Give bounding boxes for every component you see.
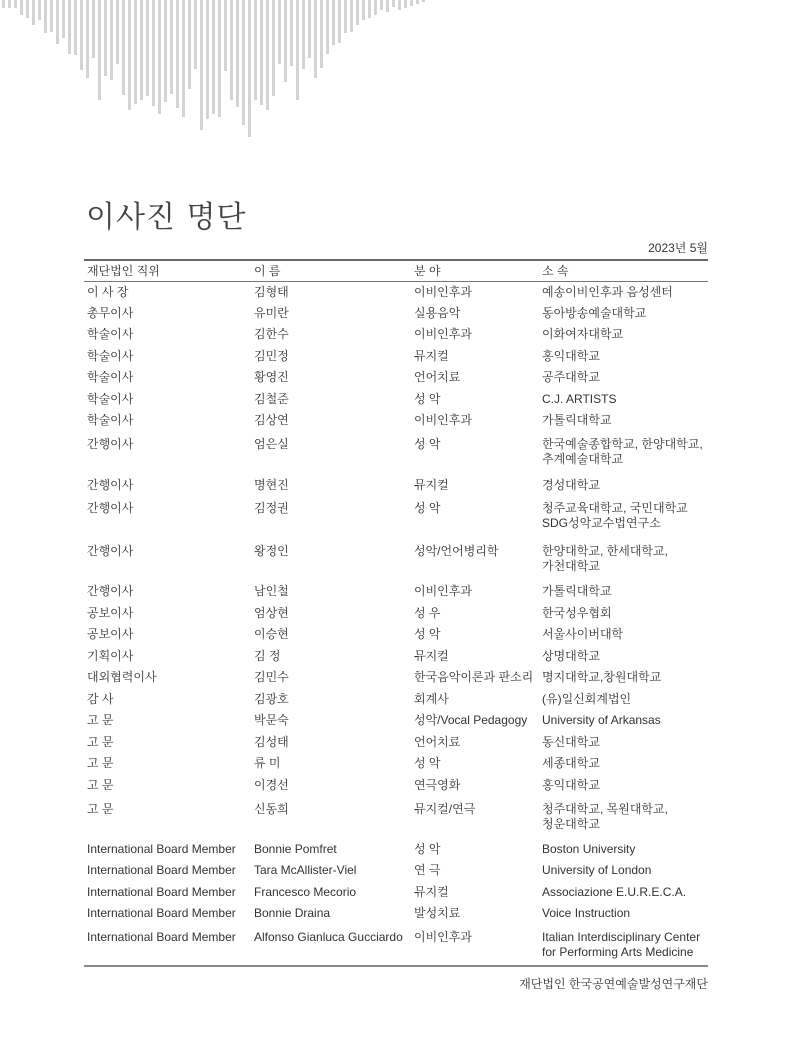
soundwave-bar bbox=[14, 0, 17, 8]
soundwave-bar bbox=[86, 0, 89, 78]
header-position: 재단법인 직위 bbox=[84, 264, 254, 279]
cell-field: 발성치료 bbox=[414, 906, 542, 927]
soundwave-bar bbox=[38, 0, 41, 20]
cell-position: 공보이사 bbox=[84, 606, 254, 624]
table-row: 고 문류 미성 악세종대학교 bbox=[84, 753, 708, 775]
soundwave-bar bbox=[26, 0, 29, 18]
cell-position: 감 사 bbox=[84, 692, 254, 710]
soundwave-bar bbox=[176, 0, 179, 108]
cell-name: 박문숙 bbox=[254, 713, 414, 732]
cell-position: 고 문 bbox=[84, 713, 254, 732]
soundwave-bar bbox=[290, 0, 293, 66]
table-row: 학술이사황영진언어치료공주대학교 bbox=[84, 367, 708, 389]
soundwave-bar bbox=[272, 0, 275, 96]
table-row: 공보이사이승현성 악서울사이버대학 bbox=[84, 624, 708, 646]
table-row: International Board MemberFrancesco Meco… bbox=[84, 882, 708, 903]
soundwave-bar bbox=[56, 0, 59, 44]
soundwave-bar bbox=[410, 0, 413, 6]
cell-position: 고 문 bbox=[84, 802, 254, 839]
table-row: 학술이사김상연이비인후과가톨릭대학교 bbox=[84, 410, 708, 434]
cell-affiliation: University of London bbox=[542, 863, 708, 882]
date-label: 2023년 5월 bbox=[648, 239, 708, 256]
cell-field: 뮤지컬 bbox=[414, 885, 542, 903]
cell-field: 언어치료 bbox=[414, 370, 542, 389]
cell-affiliation: University of Arkansas bbox=[542, 713, 708, 732]
soundwave-bar bbox=[98, 0, 101, 100]
cell-name: 왕정인 bbox=[254, 544, 414, 581]
cell-field: 이비인후과 bbox=[414, 327, 542, 346]
soundwave-bar bbox=[158, 0, 161, 114]
cell-affiliation: 상명대학교 bbox=[542, 649, 708, 667]
soundwave-bar bbox=[284, 0, 287, 82]
table-row: 대외협력이사김민수한국음악이론과 판소리명지대학교,창원대학교 bbox=[84, 667, 708, 689]
table-row: International Board MemberTara McAlliste… bbox=[84, 860, 708, 882]
board-members-table: 재단법인 직위 이 름 분 야 소 속 이 사 장김형태이비인후과예송이비인후과… bbox=[84, 259, 708, 967]
soundwave-bar bbox=[314, 0, 317, 78]
cell-position: 간행이사 bbox=[84, 437, 254, 475]
soundwave-bar bbox=[368, 0, 371, 18]
cell-affiliation: 세종대학교 bbox=[542, 756, 708, 775]
cell-affiliation: Boston University bbox=[542, 842, 708, 860]
soundwave-bar bbox=[422, 0, 425, 2]
cell-field: 연극영화 bbox=[414, 778, 542, 799]
cell-name: 이경선 bbox=[254, 778, 414, 799]
table-row: International Board MemberAlfonso Gianlu… bbox=[84, 927, 708, 961]
table-row: 간행이사남인철이비인후과가톨릭대학교 bbox=[84, 581, 708, 603]
soundwave-bar bbox=[224, 0, 227, 71]
cell-name: 김민수 bbox=[254, 670, 414, 689]
soundwave-bar bbox=[200, 0, 203, 130]
soundwave-bar bbox=[242, 0, 245, 125]
cell-position: 학술이사 bbox=[84, 413, 254, 434]
cell-affiliation: 경성대학교 bbox=[542, 478, 708, 498]
soundwave-bar bbox=[128, 0, 131, 110]
soundwave-bar bbox=[326, 0, 329, 54]
cell-position: International Board Member bbox=[84, 930, 254, 961]
soundwave-bar bbox=[152, 0, 155, 106]
cell-name: 황영진 bbox=[254, 370, 414, 389]
soundwave-bar bbox=[302, 0, 305, 69]
soundwave-bar bbox=[44, 0, 47, 33]
cell-position: 공보이사 bbox=[84, 627, 254, 646]
soundwave-bar bbox=[146, 0, 149, 96]
soundwave-bar bbox=[320, 0, 323, 68]
cell-name: 김정권 bbox=[254, 501, 414, 541]
cell-position: 간행이사 bbox=[84, 544, 254, 581]
table-row: International Board MemberBonnie Pomfret… bbox=[84, 839, 708, 860]
table-row: 간행이사명현진뮤지컬경성대학교 bbox=[84, 475, 708, 498]
cell-name: 엄상현 bbox=[254, 606, 414, 624]
cell-field: 실용음악 bbox=[414, 306, 542, 324]
soundwave-bar bbox=[278, 0, 281, 64]
cell-field: 뮤지컬/연극 bbox=[414, 802, 542, 839]
cell-name: Alfonso Gianluca Gucciardo bbox=[254, 930, 414, 961]
soundwave-bar bbox=[374, 0, 377, 15]
soundwave-bar bbox=[392, 0, 395, 7]
cell-name: 김한수 bbox=[254, 327, 414, 346]
soundwave-bar bbox=[416, 0, 419, 4]
cell-position: 이 사 장 bbox=[84, 285, 254, 303]
cell-field: 성 우 bbox=[414, 606, 542, 624]
table-row: 공보이사엄상현성 우한국성우협회 bbox=[84, 603, 708, 624]
soundwave-bar bbox=[140, 0, 143, 100]
table-row: International Board MemberBonnie Draina발… bbox=[84, 903, 708, 927]
cell-position: International Board Member bbox=[84, 863, 254, 882]
cell-position: 학술이사 bbox=[84, 370, 254, 389]
cell-field: 언어치료 bbox=[414, 735, 542, 753]
table-row: 총무이사유미란실용음악동아방송예술대학교 bbox=[84, 303, 708, 324]
table-row: 고 문김성태언어치료동신대학교 bbox=[84, 732, 708, 753]
cell-affiliation: 한국예술종합학교, 한양대학교, 추계예술대학교 bbox=[542, 437, 708, 475]
cell-position: 고 문 bbox=[84, 756, 254, 775]
soundwave-bar bbox=[338, 0, 341, 43]
cell-affiliation: 동신대학교 bbox=[542, 735, 708, 753]
soundwave-bar bbox=[266, 0, 269, 110]
cell-name: 류 미 bbox=[254, 756, 414, 775]
cell-field: 이비인후과 bbox=[414, 413, 542, 434]
decorative-soundwave-bars bbox=[0, 0, 450, 145]
cell-field: 이비인후과 bbox=[414, 584, 542, 603]
soundwave-bar bbox=[104, 0, 107, 76]
soundwave-bar bbox=[218, 0, 221, 117]
soundwave-bar bbox=[380, 0, 383, 10]
table-row: 간행이사왕정인성악/언어병리학한양대학교, 한세대학교, 가천대학교 bbox=[84, 541, 708, 581]
cell-affiliation: 서울사이버대학 bbox=[542, 627, 708, 646]
cell-affiliation: C.J. ARTISTS bbox=[542, 392, 708, 410]
soundwave-bar bbox=[350, 0, 353, 32]
cell-field: 연 극 bbox=[414, 863, 542, 882]
cell-name: 이승현 bbox=[254, 627, 414, 646]
soundwave-bar bbox=[260, 0, 263, 105]
soundwave-bar bbox=[404, 0, 407, 8]
soundwave-bar bbox=[296, 0, 299, 100]
cell-field: 뮤지컬 bbox=[414, 649, 542, 667]
cell-name: 김철준 bbox=[254, 392, 414, 410]
soundwave-bar bbox=[194, 0, 197, 69]
cell-name: Bonnie Draina bbox=[254, 906, 414, 927]
cell-name: 김성태 bbox=[254, 735, 414, 753]
soundwave-bar bbox=[50, 0, 53, 32]
soundwave-bar bbox=[164, 0, 167, 102]
cell-name: 남인철 bbox=[254, 584, 414, 603]
table-row: 고 문박문숙성악/Vocal PedagogyUniversity of Ark… bbox=[84, 710, 708, 732]
soundwave-bar bbox=[32, 0, 35, 25]
cell-name: 김상연 bbox=[254, 413, 414, 434]
table-row: 기획이사김 정뮤지컬상명대학교 bbox=[84, 646, 708, 667]
cell-name: Tara McAllister-Viel bbox=[254, 863, 414, 882]
cell-affiliation: 청주대학교, 목원대학교, 청운대학교 bbox=[542, 802, 708, 839]
soundwave-bar bbox=[68, 0, 71, 54]
cell-name: 명현진 bbox=[254, 478, 414, 498]
cell-field: 한국음악이론과 판소리 bbox=[414, 670, 542, 689]
soundwave-bar bbox=[236, 0, 239, 107]
bottom-rule-divider bbox=[84, 965, 708, 967]
cell-name: Bonnie Pomfret bbox=[254, 842, 414, 860]
header-field: 분 야 bbox=[414, 264, 542, 279]
cell-position: 간행이사 bbox=[84, 478, 254, 498]
soundwave-bar bbox=[134, 0, 137, 104]
soundwave-bar bbox=[182, 0, 185, 117]
cell-name: 김광호 bbox=[254, 692, 414, 710]
cell-affiliation: 동아방송예술대학교 bbox=[542, 306, 708, 324]
soundwave-bar bbox=[254, 0, 257, 100]
soundwave-bar bbox=[74, 0, 77, 55]
cell-field: 성악/Vocal Pedagogy bbox=[414, 713, 542, 732]
cell-affiliation: 공주대학교 bbox=[542, 370, 708, 389]
soundwave-bar bbox=[398, 0, 401, 10]
soundwave-bar bbox=[110, 0, 113, 80]
table-row: 이 사 장김형태이비인후과예송이비인후과 음성센터 bbox=[84, 282, 708, 303]
cell-position: 총무이사 bbox=[84, 306, 254, 324]
cell-field: 이비인후과 bbox=[414, 930, 542, 961]
cell-position: 간행이사 bbox=[84, 584, 254, 603]
cell-position: International Board Member bbox=[84, 842, 254, 860]
cell-affiliation: 홍익대학교 bbox=[542, 349, 708, 367]
cell-name: 김 정 bbox=[254, 649, 414, 667]
cell-affiliation: Italian Interdisciplinary Center for Per… bbox=[542, 930, 708, 961]
cell-field: 뮤지컬 bbox=[414, 478, 542, 498]
soundwave-bar bbox=[212, 0, 215, 114]
soundwave-bar bbox=[8, 0, 11, 8]
table-row: 간행이사엄은실성 악한국예술종합학교, 한양대학교, 추계예술대학교 bbox=[84, 434, 708, 475]
soundwave-bar bbox=[122, 0, 125, 95]
table-header-row: 재단법인 직위 이 름 분 야 소 속 bbox=[84, 261, 708, 281]
cell-affiliation: 청주교육대학교, 국민대학교 SDG성악교수법연구소 bbox=[542, 501, 708, 541]
cell-affiliation: 명지대학교,창원대학교 bbox=[542, 670, 708, 689]
cell-field: 성 악 bbox=[414, 756, 542, 775]
table-row: 학술이사김철준성 악C.J. ARTISTS bbox=[84, 389, 708, 410]
soundwave-bar bbox=[344, 0, 347, 33]
cell-position: 학술이사 bbox=[84, 349, 254, 367]
soundwave-bar bbox=[308, 0, 311, 58]
soundwave-bar bbox=[386, 0, 389, 12]
table-row: 학술이사김민정뮤지컬홍익대학교 bbox=[84, 346, 708, 367]
cell-affiliation: (유)일신회계법인 bbox=[542, 692, 708, 710]
cell-field: 뮤지컬 bbox=[414, 349, 542, 367]
cell-affiliation: 예송이비인후과 음성센터 bbox=[542, 285, 708, 303]
cell-affiliation: 한양대학교, 한세대학교, 가천대학교 bbox=[542, 544, 708, 581]
cell-name: 신동희 bbox=[254, 802, 414, 839]
cell-field: 회계사 bbox=[414, 692, 542, 710]
cell-affiliation: 한국성우협회 bbox=[542, 606, 708, 624]
cell-position: 기획이사 bbox=[84, 649, 254, 667]
soundwave-bar bbox=[20, 0, 23, 15]
soundwave-bar bbox=[362, 0, 365, 20]
cell-position: International Board Member bbox=[84, 906, 254, 927]
soundwave-bar bbox=[2, 0, 5, 8]
soundwave-bar bbox=[188, 0, 191, 89]
cell-field: 성 악 bbox=[414, 627, 542, 646]
table-row: 고 문이경선연극영화홍익대학교 bbox=[84, 775, 708, 799]
soundwave-bar bbox=[206, 0, 209, 119]
table-row: 고 문신동희뮤지컬/연극청주대학교, 목원대학교, 청운대학교 bbox=[84, 799, 708, 839]
cell-affiliation: Associazione E.U.R.E.C.A. bbox=[542, 885, 708, 903]
soundwave-bar bbox=[248, 0, 251, 137]
cell-field: 성 악 bbox=[414, 437, 542, 475]
table-row: 간행이사김정권성 악청주교육대학교, 국민대학교 SDG성악교수법연구소 bbox=[84, 498, 708, 541]
cell-field: 성악/언어병리학 bbox=[414, 544, 542, 581]
cell-field: 성 악 bbox=[414, 842, 542, 860]
cell-affiliation: Voice Instruction bbox=[542, 906, 708, 927]
soundwave-bar bbox=[230, 0, 233, 100]
cell-position: 학술이사 bbox=[84, 392, 254, 410]
soundwave-bar bbox=[62, 0, 65, 38]
cell-name: 김민정 bbox=[254, 349, 414, 367]
header-affiliation: 소 속 bbox=[542, 264, 708, 279]
soundwave-bar bbox=[170, 0, 173, 94]
cell-name: 김형태 bbox=[254, 285, 414, 303]
cell-name: Francesco Mecorio bbox=[254, 885, 414, 903]
table-row: 감 사김광호회계사(유)일신회계법인 bbox=[84, 689, 708, 710]
soundwave-bar bbox=[356, 0, 359, 25]
table-body: 이 사 장김형태이비인후과예송이비인후과 음성센터총무이사유미란실용음악동아방송… bbox=[84, 282, 708, 961]
cell-position: 고 문 bbox=[84, 735, 254, 753]
cell-position: International Board Member bbox=[84, 885, 254, 903]
cell-name: 엄은실 bbox=[254, 437, 414, 475]
page-title: 이사진 명단 bbox=[86, 192, 246, 236]
cell-field: 성 악 bbox=[414, 501, 542, 541]
cell-position: 간행이사 bbox=[84, 501, 254, 541]
cell-field: 이비인후과 bbox=[414, 285, 542, 303]
table-row: 학술이사김한수이비인후과이화여자대학교 bbox=[84, 324, 708, 346]
cell-position: 학술이사 bbox=[84, 327, 254, 346]
soundwave-bar bbox=[80, 0, 83, 70]
header-name: 이 름 bbox=[254, 264, 414, 279]
cell-name: 유미란 bbox=[254, 306, 414, 324]
cell-affiliation: 홍익대학교 bbox=[542, 778, 708, 799]
soundwave-bar bbox=[116, 0, 119, 64]
soundwave-bar bbox=[332, 0, 335, 45]
cell-affiliation: 가톨릭대학교 bbox=[542, 584, 708, 603]
cell-affiliation: 가톨릭대학교 bbox=[542, 413, 708, 434]
cell-field: 성 악 bbox=[414, 392, 542, 410]
foundation-name-footer: 재단법인 한국공연예술발성연구재단 bbox=[519, 975, 708, 992]
cell-position: 대외협력이사 bbox=[84, 670, 254, 689]
cell-position: 고 문 bbox=[84, 778, 254, 799]
soundwave-bar bbox=[92, 0, 95, 58]
cell-affiliation: 이화여자대학교 bbox=[542, 327, 708, 346]
